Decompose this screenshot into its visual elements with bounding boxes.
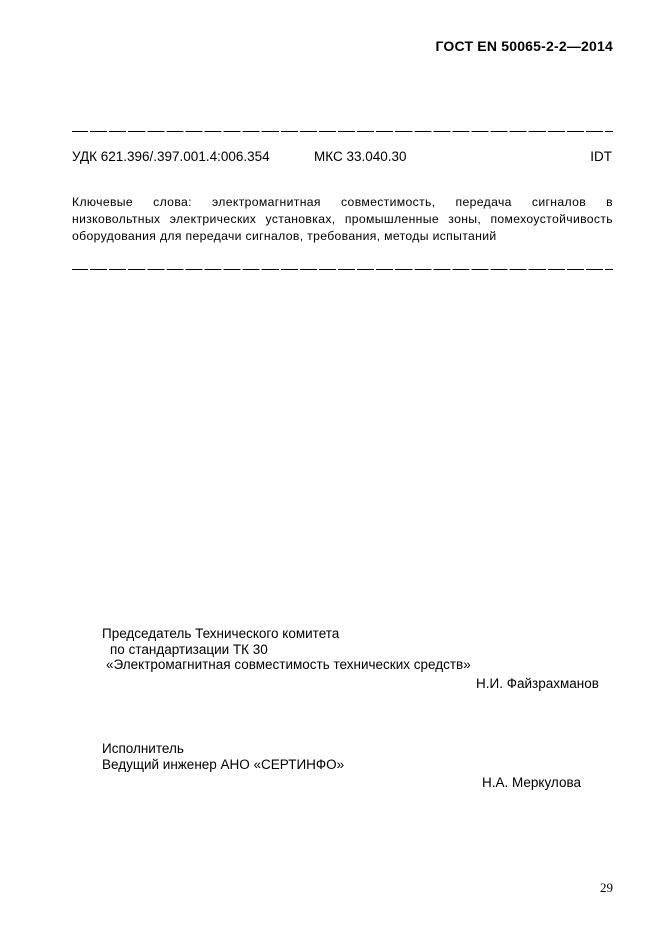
keywords-line: Ключевые слова: электромагнитная совмест… — [72, 194, 613, 211]
document-standard-number: ГОСТ EN 50065-2-2—2014 — [435, 38, 613, 54]
keywords-paragraph: Ключевые слова: электромагнитная совмест… — [72, 194, 613, 245]
chairman-signature-block: Председатель Технического комитета по ст… — [102, 626, 471, 673]
executor-signature-block: Исполнитель Ведущий инженер АНО «СЕРТИНФ… — [102, 741, 344, 772]
chairman-name: Н.И. Файзрахманов — [476, 676, 599, 691]
keywords-line: оборудования для передачи сигналов, треб… — [72, 228, 613, 245]
idt-label: IDT — [590, 149, 612, 164]
classification-row: УДК 621.396/.397.001.4:006.354 МКС 33.04… — [72, 149, 612, 164]
executor-position: Ведущий инженер АНО «СЕРТИНФО» — [102, 757, 344, 773]
keywords-line: низковольтных электрических установках, … — [72, 211, 613, 228]
bottom-divider-rule — [72, 269, 613, 270]
executor-name: Н.А. Меркулова — [482, 775, 581, 790]
chairman-title: Председатель Технического комитета — [102, 626, 471, 642]
top-divider-rule — [72, 131, 613, 132]
chairman-committee-name: «Электромагнитная совместимость техничес… — [102, 657, 471, 673]
executor-label: Исполнитель — [102, 741, 344, 757]
udk-code: УДК 621.396/.397.001.4:006.354 — [72, 149, 314, 164]
page-number: 29 — [600, 880, 613, 896]
chairman-committee: по стандартизации ТК 30 — [102, 642, 471, 658]
mks-code: МКС 33.040.30 — [314, 149, 590, 164]
